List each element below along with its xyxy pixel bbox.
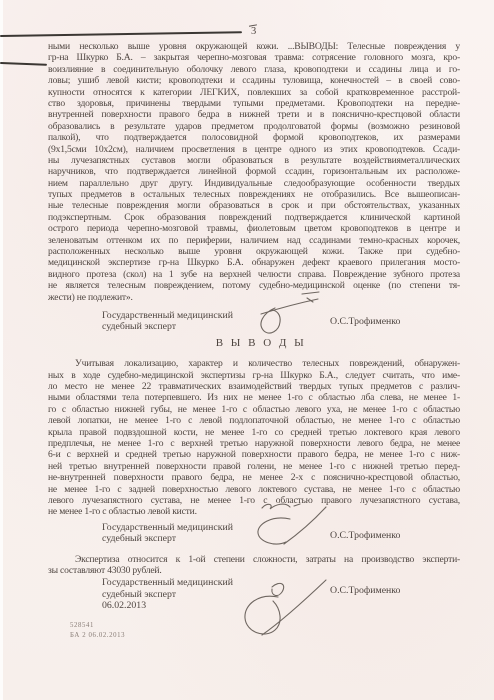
expert-name: О.С.Трофименко <box>330 316 400 327</box>
text-line: нием параллельно друг другу. Индивидуаль… <box>48 178 460 189</box>
text-line: ные телесные повреждения могли образоват… <box>48 200 460 211</box>
registration-stamp: 528541 БА 2 06.02.2013 <box>70 621 460 640</box>
conclusions-heading: В Ы В О Д Ы <box>48 337 460 350</box>
paragraph-findings-quote: ными несколько выше уровня окружающей ко… <box>48 41 460 303</box>
paragraph-conclusions: Учитывая локализацию, характер и количес… <box>48 358 460 517</box>
text-line: наручников, что подтверждается линейной … <box>48 166 460 177</box>
paragraph-complexity-cost: Экспертиза относится к 1-ой степени слож… <box>48 554 460 577</box>
text-line: 6-и с верхней и средней третью наружной … <box>48 449 460 460</box>
text-line: медицинской экспертизе гр-на Шкурко Б.А.… <box>48 257 460 268</box>
text-line: го с областью нижней губы, не менее 1-го… <box>48 404 460 415</box>
expert-name: О.С.Трофименко <box>330 530 400 541</box>
text-line: левой лопатки, не менее 1-го с левой под… <box>48 415 460 426</box>
text-line: (9х1,5сми 10х2см), наличием просветления… <box>48 144 460 155</box>
text-line: образовались в результате ударов предмет… <box>48 121 460 132</box>
expert-title-line-2: судебный эксперт <box>102 533 460 544</box>
text-line: гр-на Шкурко Б.А. – закрытая черепно-моз… <box>48 52 460 63</box>
text-line: ней третью внутренней поверхности правой… <box>48 461 460 472</box>
text-line: не является телесным повреждением, потом… <box>48 280 460 291</box>
text-line: острого периода черепно-мозговой травмы,… <box>48 223 460 234</box>
text-line: расположенных несколько выше уровня окру… <box>48 246 460 257</box>
text-line: не менее 1-го с областью левой кисти. <box>48 506 460 517</box>
expert-title-line-1: Государственный медицинский <box>102 522 460 533</box>
text-line: не-внутренней поверхности правого бедра,… <box>48 472 460 483</box>
text-line: видного протеза (скол) на 1 зубе на верх… <box>48 269 460 280</box>
signature-block-3: Государственный медицинский судебный экс… <box>102 577 460 611</box>
signature-date: 06.02.2013 <box>102 600 460 611</box>
stamp-code-date: БА 2 06.02.2013 <box>70 631 460 641</box>
text-line: воизлияние в соединительную оболочку лев… <box>48 64 460 75</box>
text-line: купности относятся к категории ЛЕГКИХ, п… <box>48 87 460 98</box>
text-line: Экспертиза относится к 1-ой степени слож… <box>48 554 460 565</box>
text-line: подэкспертным. Срок образования поврежде… <box>48 212 460 223</box>
text-line: крыла правой подвздошной кости, не менее… <box>48 427 460 438</box>
scan-artifact-line-top <box>0 31 242 37</box>
text-line: ными областями тела потерпевшего. Из них… <box>48 392 460 403</box>
scanned-document-page: 3 ными несколько выше уровня окружающей … <box>0 0 494 700</box>
text-line: левого лучезапястного сустава, не менее … <box>48 495 460 506</box>
text-line: ство здоровья, причинены твердыми тупыми… <box>48 98 460 109</box>
text-line: ло место не менее 22 травматических взаи… <box>48 381 460 392</box>
document-body: ными несколько выше уровня окружающей ко… <box>48 41 460 641</box>
text-line: не менее 1-го с задней поверхностью лево… <box>48 484 460 495</box>
expert-name: О.С.Трофименко <box>330 585 400 596</box>
text-line: палкой), что подтверждается полосовидной… <box>48 132 460 143</box>
text-line: Учитывая локализацию, характер и количес… <box>48 358 460 369</box>
text-line: внутренней поверхности правого бедра в н… <box>48 109 460 120</box>
signature-block-2: Государственный медицинский судебный экс… <box>102 522 460 545</box>
expert-title-line-1: Государственный медицинский <box>102 577 460 588</box>
text-line: жести) не подлежит». <box>48 292 460 303</box>
text-line: зеленоватым оттенком их по периферии, на… <box>48 235 460 246</box>
scan-artifact-line-left <box>0 62 47 66</box>
text-line: зы составляют 43030 рублей. <box>48 565 460 576</box>
stamp-number: 528541 <box>70 621 460 631</box>
expert-title-line-2: судебный эксперт <box>102 321 460 332</box>
text-line: ловы; ушиб левой кисти; кровоподтеки и с… <box>48 75 460 86</box>
page-number: 3 <box>251 26 256 37</box>
text-line: ных в ходе судебно-медицинской экспертиз… <box>48 370 460 381</box>
signature-block-1: Государственный медицинский судебный экс… <box>102 310 460 333</box>
text-line: тупых предметов в остальных телесных пов… <box>48 189 460 200</box>
expert-title-line-1: Государственный медицинский <box>102 310 460 321</box>
text-line: ными несколько выше уровня окружающей ко… <box>48 41 460 52</box>
expert-title-line-2: судебный эксперт <box>102 589 460 600</box>
text-line: ны лучезапястных суставов могли образова… <box>48 155 460 166</box>
text-line: предплечья, не менее 1-го с верхней трет… <box>48 438 460 449</box>
